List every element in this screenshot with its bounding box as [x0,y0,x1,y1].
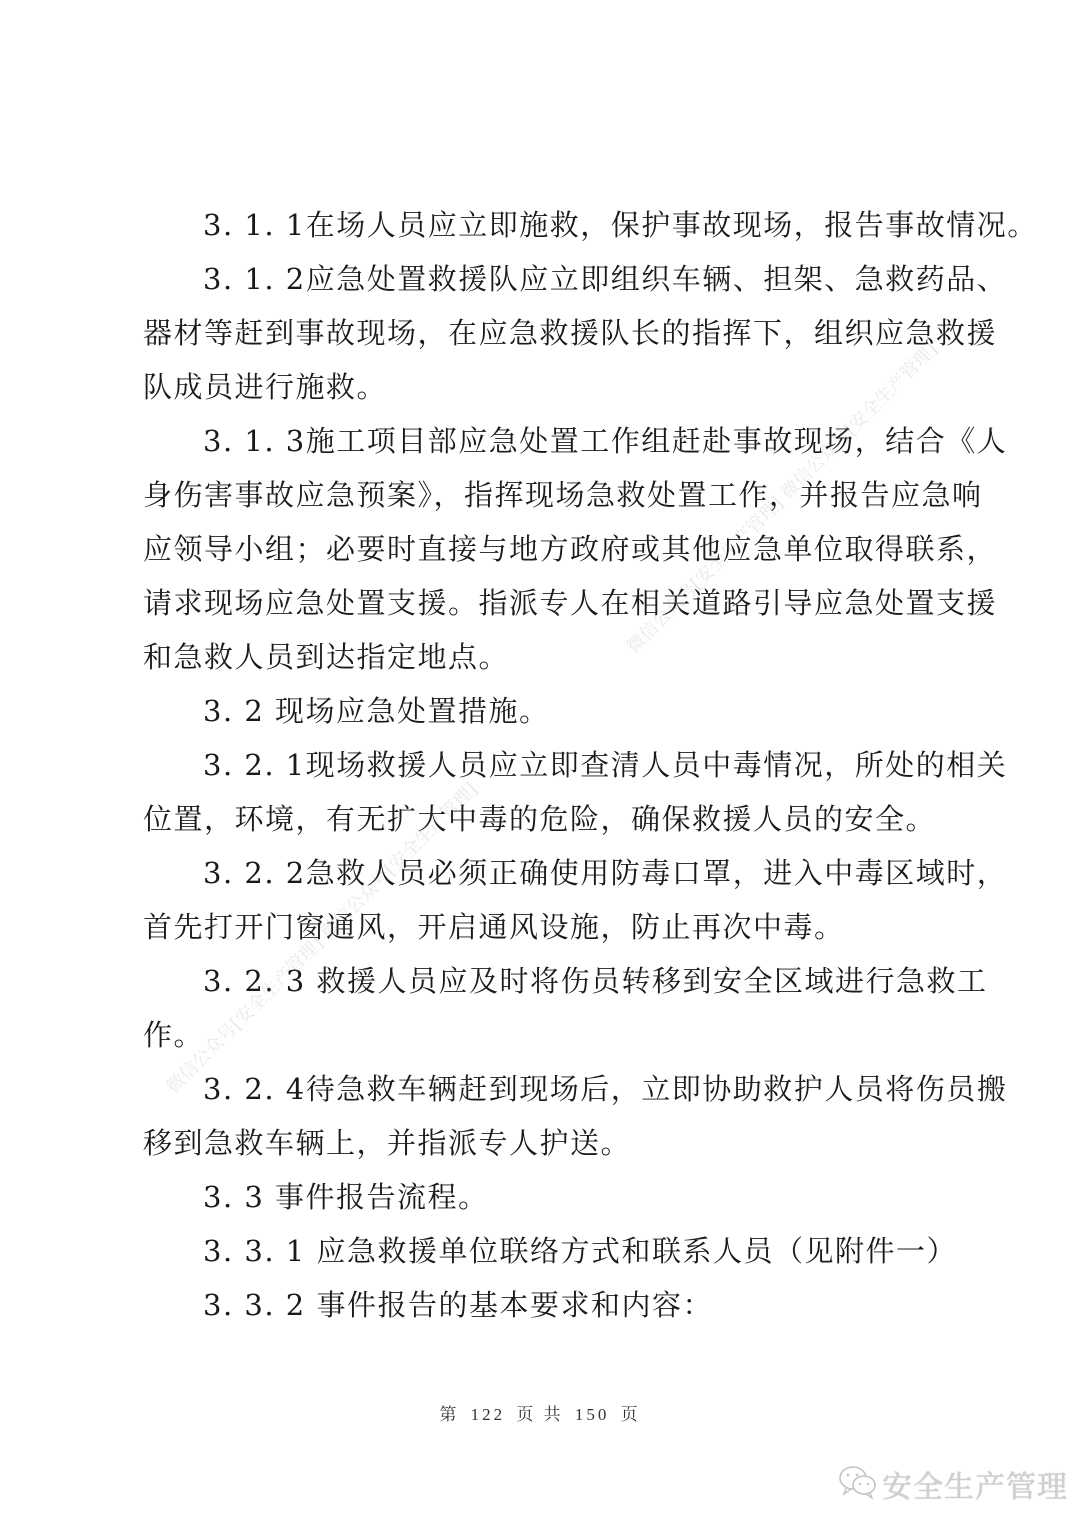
page-number: 第 122 页 共 150 页 [0,1400,1080,1425]
brand-watermark: 安全生产管理 [838,1462,1068,1506]
text-line: 移到急救车辆上，并指派专人护送。 [143,1116,953,1170]
paragraph-3-1-3: 3. 1. 3施工项目部应急处置工作组赶赴事故现场，结合《人 身伤害事故应急预案… [143,414,953,684]
document-body: 3. 1. 1在场人员应立即施救，保护事故现场，报告事故情况。 3. 1. 2应… [143,198,953,1332]
text-line: 作。 [143,1008,953,1062]
text-line: 首先打开门窗通风，开启通风设施，防止再次中毒。 [143,900,953,954]
paragraph-3-2-3: 3. 2. 3 救援人员应及时将伤员转移到安全区域进行急救工 作。 [143,954,953,1062]
text-line: 3. 3. 2 事件报告的基本要求和内容： [143,1278,953,1332]
paragraph-3-1-1: 3. 1. 1在场人员应立即施救，保护事故现场，报告事故情况。 [143,198,953,252]
text-line: 3. 2. 4待急救车辆赶到现场后，立即协助救护人员将伤员搬 [143,1062,953,1116]
text-line: 器材等赶到事故现场，在应急救援队长的指挥下，组织应急救援 [143,306,953,360]
current-page: 122 [471,1405,506,1424]
text-line: 3. 3 事件报告流程。 [143,1170,953,1224]
text-line: 位置，环境，有无扩大中毒的危险，确保救援人员的安全。 [143,792,953,846]
wechat-icon [838,1464,878,1504]
paragraph-3-2-4: 3. 2. 4待急救车辆赶到现场后，立即协助救护人员将伤员搬 移到急救车辆上，并… [143,1062,953,1170]
text-line: 身伤害事故应急预案》，指挥现场急救处置工作，并报告应急响 [143,468,953,522]
text-line: 3. 3. 1 应急救援单位联络方式和联系人员（见附件一） [143,1224,953,1278]
text-line: 3. 2. 1现场救援人员应立即查清人员中毒情况，所处的相关 [143,738,953,792]
paragraph-3-3-1: 3. 3. 1 应急救援单位联络方式和联系人员（见附件一） [143,1224,953,1278]
document-page: 3. 1. 1在场人员应立即施救，保护事故现场，报告事故情况。 3. 1. 2应… [0,0,1080,1528]
text-line: 3. 1. 1在场人员应立即施救，保护事故现场，报告事故情况。 [143,198,953,252]
paragraph-3-3-2: 3. 3. 2 事件报告的基本要求和内容： [143,1278,953,1332]
text-line: 3. 1. 2应急处置救援队应立即组织车辆、担架、急救药品、 [143,252,953,306]
section-heading-3-3: 3. 3 事件报告流程。 [143,1170,953,1224]
brand-label: 安全生产管理 [882,1462,1068,1506]
paragraph-3-2-2: 3. 2. 2急救人员必须正确使用防毒口罩，进入中毒区域时， 首先打开门窗通风，… [143,846,953,954]
page-suffix: 页 [621,1405,641,1424]
section-heading-3-2: 3. 2 现场应急处置措施。 [143,684,953,738]
page-mid: 页 共 [516,1405,563,1424]
text-line: 3. 2. 3 救援人员应及时将伤员转移到安全区域进行急救工 [143,954,953,1008]
text-line: 3. 1. 3施工项目部应急处置工作组赶赴事故现场，结合《人 [143,414,953,468]
text-line: 应领导小组；必要时直接与地方政府或其他应急单位取得联系， [143,522,953,576]
text-line: 3. 2 现场应急处置措施。 [143,684,953,738]
text-line: 队成员进行施救。 [143,360,953,414]
page-prefix: 第 [439,1405,459,1424]
text-line: 请求现场应急处置支援。指派专人在相关道路引导应急处置支援 [143,576,953,630]
paragraph-3-1-2: 3. 1. 2应急处置救援队应立即组织车辆、担架、急救药品、 器材等赶到事故现场… [143,252,953,414]
text-line: 3. 2. 2急救人员必须正确使用防毒口罩，进入中毒区域时， [143,846,953,900]
text-line: 和急救人员到达指定地点。 [143,630,953,684]
paragraph-3-2-1: 3. 2. 1现场救援人员应立即查清人员中毒情况，所处的相关 位置，环境，有无扩… [143,738,953,846]
total-pages: 150 [575,1405,610,1424]
